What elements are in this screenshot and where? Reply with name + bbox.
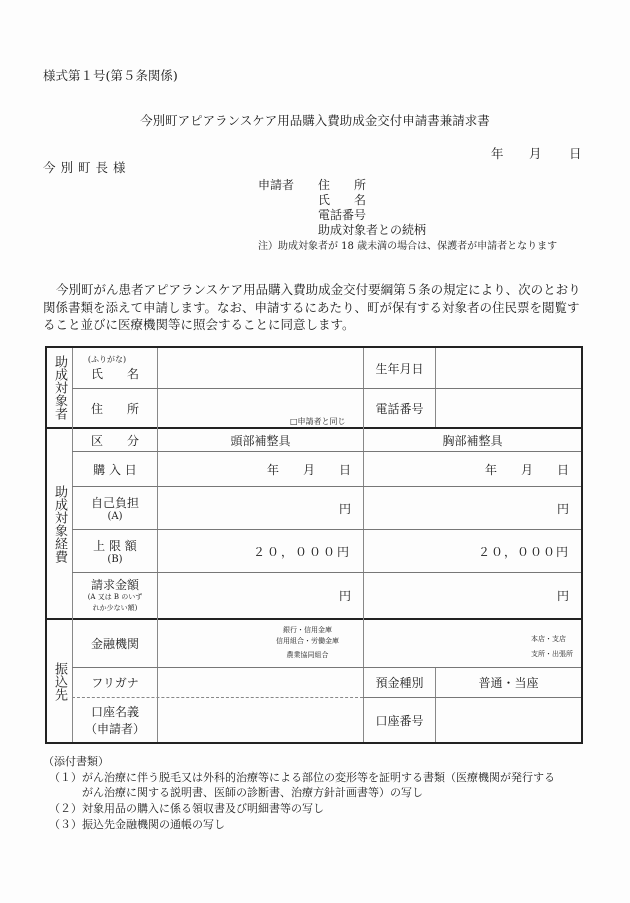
- subject-phone-label: 電話番号: [364, 389, 435, 427]
- institution-label: 金融機関: [73, 620, 157, 667]
- breast-claim-amount-field[interactable]: 円: [364, 573, 581, 618]
- table-border-right: [581, 346, 583, 744]
- furigana-label: (ふりがな): [88, 354, 126, 365]
- column-head-prosthesis: 頭部補整具: [158, 429, 363, 451]
- institution-type-2: 信用組合・労働金庫: [276, 636, 339, 647]
- head-claim-amount-field[interactable]: 円: [158, 573, 363, 618]
- breast-purchase-date-field[interactable]: 年 月 日: [364, 452, 581, 486]
- claim-amount-label: 請求金額: [91, 578, 139, 592]
- account-holder-label: 口座名義: [91, 703, 139, 720]
- attachment-item-2: 対象用品の購入に係る領収書及び明細書等の写し: [82, 800, 324, 816]
- attachment-num-1: （１）: [49, 769, 82, 785]
- subject-address-label: 住 所: [73, 389, 157, 427]
- attachment-num-2: （２）: [49, 800, 82, 816]
- head-upper-limit-value: ２０，０００円: [158, 530, 363, 572]
- upper-limit-sub: (B): [107, 554, 122, 565]
- birthdate-field[interactable]: [436, 348, 581, 388]
- institution-name-field[interactable]: 銀行・信用金庫 信用組合・労働金庫 農業協同組合: [158, 620, 363, 667]
- subject-name-label-cell: (ふりがな) 氏 名: [73, 348, 157, 388]
- account-holder-sub: （申請者）: [85, 720, 145, 737]
- institution-type-options: 銀行・信用金庫 信用組合・労働金庫 農業協同組合: [276, 625, 339, 661]
- institution-type-3: 農業協同組合: [276, 650, 339, 661]
- same-as-applicant-checkbox[interactable]: □申請者と同じ: [290, 416, 346, 427]
- document-title: 今別町アピアランスケア用品購入費助成金交付申請書兼請求書: [0, 111, 630, 129]
- category-label: 区 分: [73, 429, 157, 451]
- consent-statement: 今別町がん患者アピアランスケア用品購入費助成金交付要綱第５条の規定により、次のと…: [43, 281, 588, 334]
- upper-limit-label-cell: 上 限 額 (B): [73, 530, 157, 572]
- attachment-num-3: （３）: [49, 816, 82, 832]
- account-number-field[interactable]: [436, 698, 581, 742]
- deposit-type-selector[interactable]: 普通・当座: [436, 668, 581, 697]
- branch-name-field[interactable]: 本店・支店 支所・出張所: [364, 620, 581, 667]
- applicant-relationship-label: 助成対象者との続柄: [318, 221, 426, 238]
- attachment-item-1-line-1: がん治療に伴う脱毛又は外科的治療等による部位の変形等を証明する書類（医療機関が発…: [82, 769, 555, 785]
- subject-phone-field[interactable]: [436, 389, 581, 427]
- applicant-label: 申請者: [258, 176, 294, 193]
- application-date[interactable]: 年月日: [491, 144, 582, 162]
- attachment-item-3: 振込先金融機関の通帳の写し: [82, 816, 225, 832]
- attachments-heading: （添付書類）: [43, 753, 109, 769]
- addressee: 今別町長様: [43, 158, 131, 176]
- subject-name-label: 氏 名: [91, 365, 139, 382]
- subject-name-field[interactable]: [158, 348, 363, 388]
- table-border-bottom: [45, 742, 583, 744]
- head-self-pay-field[interactable]: 円: [158, 487, 363, 529]
- attachment-item-1-line-2: がん治療に関する説明書、医師の診断書、治療方針計画書等）の写し: [82, 784, 423, 800]
- claim-amount-label-cell: 請求金額 (A 又は B のいず れか少ない額): [73, 573, 157, 618]
- breast-self-pay-field[interactable]: 円: [364, 487, 581, 529]
- cost-section-label: 助成対象経費: [47, 429, 72, 618]
- applicant-note: 注）助成対象者が 18 歳未満の場合は、保護者が申請者となります: [258, 237, 557, 252]
- institution-type-1: 銀行・信用金庫: [276, 625, 339, 636]
- bank-section-label: 振込先: [47, 620, 72, 742]
- furigana-field-label: フリガナ: [73, 668, 157, 697]
- purchase-date-label: 購 入 日: [73, 452, 157, 486]
- head-purchase-date-field[interactable]: 年 月 日: [158, 452, 363, 486]
- upper-limit-label: 上 限 額: [93, 537, 137, 554]
- date-month: 月: [529, 144, 569, 162]
- column-breast-prosthesis: 胸部補整具: [364, 429, 581, 451]
- form-number: 様式第１号(第５条関係): [43, 66, 178, 84]
- account-number-label: 口座番号: [364, 698, 435, 742]
- branch-type-2: 支所・出張所: [531, 647, 573, 662]
- self-pay-label-cell: 自己負担 (A): [73, 487, 157, 529]
- self-pay-label: 自己負担: [91, 494, 139, 511]
- subject-section-label: 助成対象者: [47, 348, 72, 427]
- claim-amount-sub-1: (A 又は B のいず: [88, 592, 143, 603]
- self-pay-sub: (A): [107, 511, 122, 522]
- breast-upper-limit-value: ２０，０００円: [364, 530, 581, 572]
- account-holder-label-cell: 口座名義 （申請者）: [73, 698, 157, 742]
- date-day: 日: [569, 144, 582, 162]
- deposit-type-label: 預金種別: [364, 668, 435, 697]
- branch-type-options: 本店・支店 支所・出張所: [531, 632, 573, 662]
- date-year: 年: [491, 144, 529, 162]
- birthdate-label: 生年月日: [364, 348, 435, 388]
- claim-amount-sub-2: れか少ない額): [93, 603, 138, 614]
- account-holder-field[interactable]: [158, 698, 363, 742]
- account-furigana-field[interactable]: [158, 668, 363, 697]
- branch-type-1: 本店・支店: [531, 632, 573, 647]
